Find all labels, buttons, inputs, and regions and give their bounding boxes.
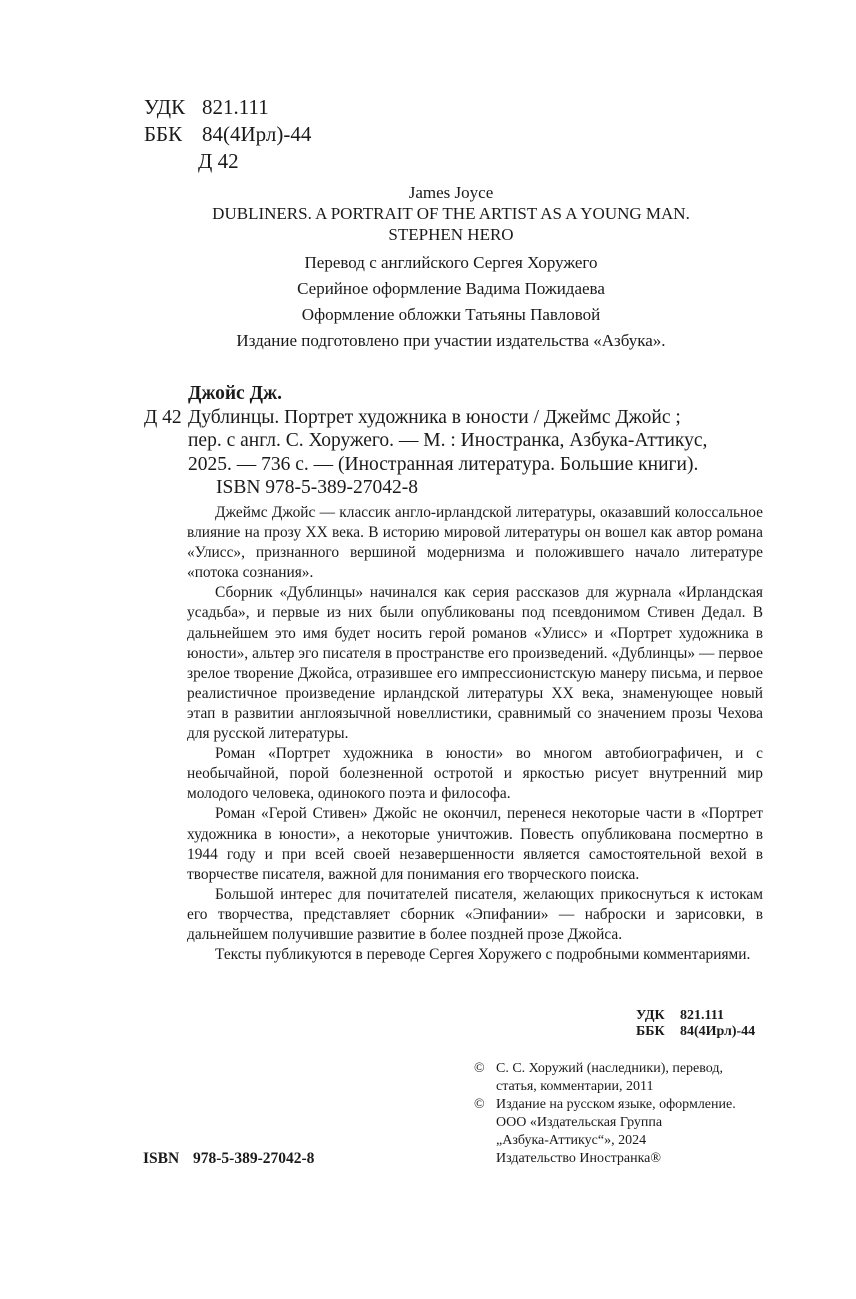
copyright-text: С. С. Хоружий (наследники), перевод, ста… <box>496 1060 723 1096</box>
bib-line-2: пер. с англ. С. Хоружего. — М. : Иностра… <box>144 429 764 453</box>
bbk-row-bottom: ББК84(4Ирл)-44 <box>636 1024 755 1040</box>
annotation-paragraph: Сборник «Дублинцы» начинался как серия р… <box>187 583 763 744</box>
isbn-bottom: ISBN978-5-389-27042-8 <box>143 1150 314 1168</box>
author-cipher: Д 42 <box>144 148 311 175</box>
credits-russian: Перевод с английского Сергея Хоружего Се… <box>144 250 758 354</box>
credits-original: James Joyce DUBLINERS. A PORTRAIT OF THE… <box>144 182 758 245</box>
bib-title: Дублинцы. Портрет художника в юности / Д… <box>188 407 681 428</box>
bib-line-1: Д 42Дублинцы. Портрет художника в юности… <box>144 406 764 430</box>
copyright-icon: © <box>474 1096 496 1168</box>
bbk-value-bottom: 84(4Ирл)-44 <box>680 1024 755 1039</box>
udk-row: УДК821.111 <box>144 94 311 121</box>
copyright-block: © С. С. Хоружий (наследники), перевод, с… <box>474 1060 774 1168</box>
bbk-label-bottom: ББК <box>636 1024 680 1040</box>
isbn-label: ISBN <box>143 1150 193 1168</box>
copyright-item: © С. С. Хоружий (наследники), перевод, с… <box>474 1060 774 1096</box>
copyright-text: Издание на русском языке, оформление. ОО… <box>496 1096 736 1168</box>
author-heading: Джойс Дж. <box>144 382 764 406</box>
udk-row-bottom: УДК821.111 <box>636 1008 755 1024</box>
bib-isbn: ISBN 978-5-389-27042-8 <box>144 476 764 500</box>
annotation-paragraph: Большой интерес для почитателей писателя… <box>187 885 763 945</box>
original-author: James Joyce <box>144 182 758 203</box>
udk-value: 821.111 <box>202 95 269 119</box>
publisher-note: Издание подготовлено при участии издател… <box>144 328 758 354</box>
annotation-paragraph: Роман «Портрет художника в юности» во мн… <box>187 744 763 804</box>
cover-design-credit: Оформление обложки Татьяны Павловой <box>144 302 758 328</box>
copyright-item: © Издание на русском языке, оформление. … <box>474 1096 774 1168</box>
classification-bottom: УДК821.111 ББК84(4Ирл)-44 <box>636 1008 755 1040</box>
annotation-paragraph: Тексты публикуются в переводе Сергея Хор… <box>187 945 763 965</box>
bbk-value: 84(4Ирл)-44 <box>202 122 311 146</box>
annotation: Джеймс Джойс — классик англо-ирландской … <box>187 503 763 965</box>
series-design-credit: Серийное оформление Вадима Пожидаева <box>144 276 758 302</box>
bib-line-3: 2025. — 736 с. — (Иностранная литература… <box>144 453 764 477</box>
original-title-line-1: DUBLINERS. A PORTRAIT OF THE ARTIST AS A… <box>144 203 758 224</box>
translator-credit: Перевод с английского Сергея Хоружего <box>144 250 758 276</box>
copyright-icon: © <box>474 1060 496 1096</box>
bibliographic-record: Джойс Дж. Д 42Дублинцы. Портрет художник… <box>144 382 764 500</box>
udk-label: УДК <box>144 94 202 121</box>
isbn-value: 978-5-389-27042-8 <box>193 1150 314 1167</box>
udk-value-bottom: 821.111 <box>680 1008 724 1023</box>
udk-label-bottom: УДК <box>636 1008 680 1024</box>
original-title-line-2: STEPHEN HERO <box>144 224 758 245</box>
bbk-label: ББК <box>144 121 202 148</box>
classification-top: УДК821.111 ББК84(4Ирл)-44 Д 42 <box>144 94 311 175</box>
annotation-paragraph: Джеймс Джойс — классик англо-ирландской … <box>187 503 763 583</box>
bib-cipher: Д 42 <box>144 406 188 430</box>
annotation-paragraph: Роман «Герой Стивен» Джойс не окончил, п… <box>187 804 763 884</box>
bbk-row: ББК84(4Ирл)-44 <box>144 121 311 148</box>
